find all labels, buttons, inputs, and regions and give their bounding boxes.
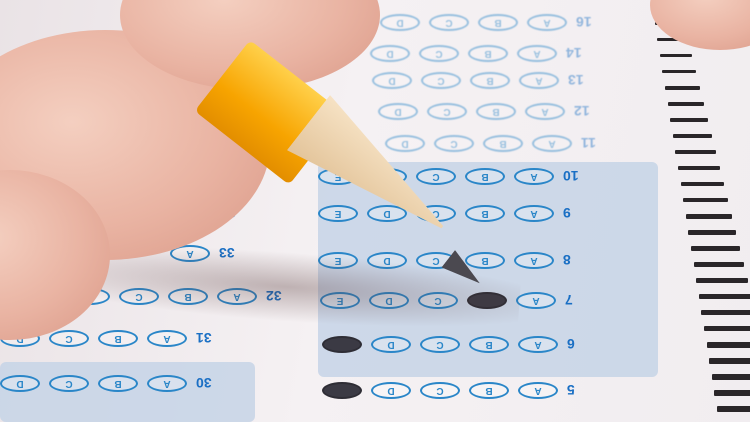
timing-mark: [668, 102, 704, 106]
timing-mark: [660, 54, 692, 57]
timing-mark: [670, 118, 708, 122]
answer-bubble-a[interactable]: A: [518, 336, 558, 353]
answer-bubble-c[interactable]: C: [421, 72, 461, 89]
answer-bubble-c[interactable]: C: [427, 103, 467, 120]
answer-bubble-d[interactable]: D: [372, 72, 412, 89]
question-number: 5: [567, 383, 591, 399]
question-number: 8: [563, 253, 587, 269]
timing-mark: [717, 406, 750, 412]
answer-bubble-a[interactable]: A: [147, 330, 187, 347]
answer-bubble-b[interactable]: B: [465, 205, 505, 222]
answer-bubble-b[interactable]: B: [469, 336, 509, 353]
timing-mark: [691, 246, 740, 251]
question-number: 13: [568, 73, 592, 89]
question-row-9: 9ABCDE: [318, 205, 587, 222]
timing-mark: [681, 182, 724, 186]
answer-bubble-a[interactable]: A: [532, 135, 572, 152]
answer-bubble-b[interactable]: B: [483, 135, 523, 152]
answer-bubble-e[interactable]: E: [322, 382, 362, 399]
timing-mark: [704, 326, 750, 331]
timing-marks: [630, 0, 750, 422]
question-row-13: 13ABCD: [372, 72, 592, 89]
timing-mark: [665, 86, 700, 90]
answer-bubble-d[interactable]: D: [371, 336, 411, 353]
question-number: 9: [563, 206, 587, 222]
question-number: 6: [567, 337, 591, 353]
question-number: 11: [581, 136, 605, 152]
timing-mark: [696, 278, 748, 283]
timing-mark: [678, 166, 720, 170]
answer-bubble-e[interactable]: E: [318, 205, 358, 222]
answer-bubble-d[interactable]: D: [378, 103, 418, 120]
question-row-11: 11ABCD: [385, 135, 605, 152]
answer-sheet-photo: 16ABCD14ABCD13ABCD12ABCD11ABCD10ABCDE9AB…: [0, 0, 750, 422]
answer-bubble-d[interactable]: D: [371, 382, 411, 399]
answer-bubble-c[interactable]: C: [434, 135, 474, 152]
question-number: 12: [574, 104, 598, 120]
answer-bubble-a[interactable]: A: [527, 14, 567, 31]
answer-bubble-b[interactable]: B: [468, 45, 508, 62]
answer-bubble-e[interactable]: E: [322, 336, 362, 353]
timing-mark: [699, 294, 750, 299]
timing-mark: [709, 358, 750, 364]
question-number: 10: [563, 169, 587, 185]
timing-mark: [662, 70, 696, 73]
answer-bubble-c[interactable]: C: [416, 168, 456, 185]
answer-bubble-a[interactable]: A: [514, 252, 554, 269]
answer-bubble-b[interactable]: B: [476, 103, 516, 120]
question-number: 14: [566, 46, 590, 62]
question-row-5: 5ABCDE: [322, 382, 591, 399]
answer-bubble-a[interactable]: A: [514, 205, 554, 222]
timing-mark: [694, 262, 744, 267]
question-row-6: 6ABCDE: [322, 336, 591, 353]
timing-mark: [683, 198, 728, 202]
answer-bubble-b[interactable]: B: [98, 375, 138, 392]
timing-mark: [688, 230, 736, 235]
answer-bubble-a[interactable]: A: [517, 45, 557, 62]
answer-bubble-c[interactable]: C: [49, 330, 89, 347]
answer-bubble-d[interactable]: D: [385, 135, 425, 152]
answer-bubble-a[interactable]: A: [518, 382, 558, 399]
timing-mark: [673, 134, 712, 138]
question-number: 31: [196, 331, 220, 347]
answer-bubble-d[interactable]: D: [0, 375, 40, 392]
question-number: 16: [576, 15, 600, 31]
answer-bubble-d[interactable]: D: [380, 14, 420, 31]
timing-mark: [701, 310, 750, 315]
question-row-12: 12ABCD: [378, 103, 598, 120]
question-row-16: 16ABCD: [380, 14, 600, 31]
answer-bubble-d[interactable]: D: [370, 45, 410, 62]
timing-mark: [714, 390, 750, 396]
answer-bubble-b[interactable]: B: [469, 382, 509, 399]
timing-mark: [675, 150, 716, 154]
timing-mark: [712, 374, 750, 380]
answer-bubble-c[interactable]: C: [420, 382, 460, 399]
answer-bubble-c[interactable]: C: [429, 14, 469, 31]
answer-bubble-a[interactable]: A: [514, 168, 554, 185]
answer-bubble-a[interactable]: A: [147, 375, 187, 392]
question-row-14: 14ABCD: [370, 45, 590, 62]
answer-bubble-c[interactable]: C: [420, 336, 460, 353]
answer-bubble-b[interactable]: B: [478, 14, 518, 31]
answer-bubble-b[interactable]: B: [98, 330, 138, 347]
question-row-30: 30ABCD: [0, 375, 220, 392]
timing-mark: [707, 342, 750, 348]
answer-bubble-c[interactable]: C: [419, 45, 459, 62]
answer-bubble-a[interactable]: A: [516, 292, 556, 309]
timing-mark: [686, 214, 732, 219]
shaded-answer-block-left: [0, 362, 255, 422]
answer-bubble-a[interactable]: A: [519, 72, 559, 89]
answer-bubble-a[interactable]: A: [525, 103, 565, 120]
question-number: 7: [565, 293, 589, 309]
answer-bubble-c[interactable]: C: [49, 375, 89, 392]
answer-bubble-b[interactable]: B: [470, 72, 510, 89]
answer-bubble-b[interactable]: B: [465, 168, 505, 185]
question-number: 30: [196, 376, 220, 392]
